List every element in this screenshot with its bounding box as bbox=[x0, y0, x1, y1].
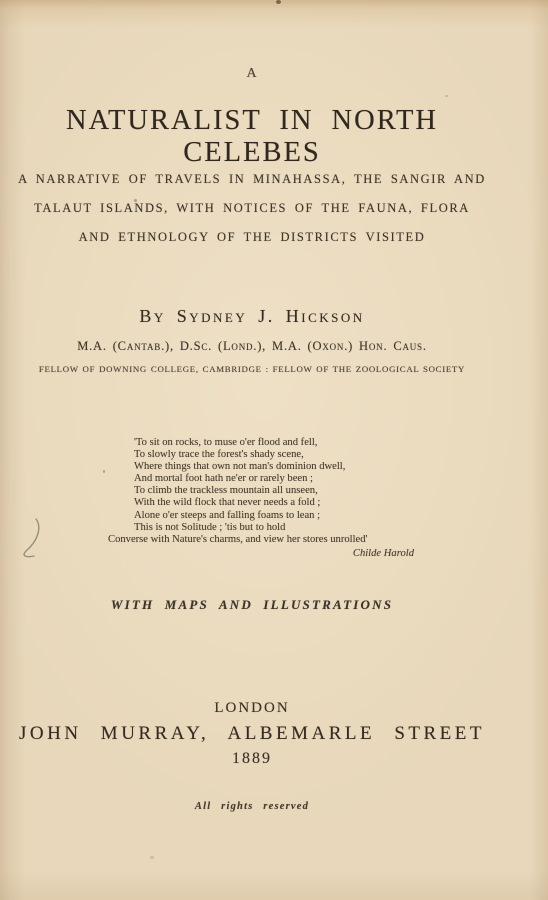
epigraph-line: Converse with Nature's charms, and view … bbox=[108, 534, 420, 546]
imprint-city: LONDON bbox=[0, 700, 504, 717]
author-byline: By Sydney J. Hickson bbox=[0, 306, 504, 327]
epigraph-quote: 'To sit on rocks, to muse o'er flood and… bbox=[108, 437, 420, 560]
imprint-year: 1889 bbox=[0, 750, 504, 768]
book-subtitle: A NARRATIVE OF TRAVELS IN MINAHASSA, THE… bbox=[0, 165, 504, 252]
author-credentials: M.A. (Cantab.), D.Sc. (Lond.), M.A. (Oxo… bbox=[0, 339, 504, 354]
rights-reserved-note: All rights reserved bbox=[0, 801, 504, 812]
subtitle-line: A NARRATIVE OF TRAVELS IN MINAHASSA, THE… bbox=[0, 165, 504, 194]
paper-speck bbox=[445, 95, 448, 97]
subtitle-line: TALAUT ISLANDS, WITH NOTICES OF THE FAUN… bbox=[0, 194, 504, 223]
illustrations-note: WITH MAPS AND ILLUSTRATIONS bbox=[0, 597, 504, 613]
epigraph-line: Alone o'er steeps and falling foams to l… bbox=[108, 510, 420, 522]
subtitle-line: AND ETHNOLOGY OF THE DISTRICTS VISITED bbox=[0, 223, 504, 252]
book-title-page-scan: A NATURALIST IN NORTH CELEBES A NARRATIV… bbox=[0, 0, 548, 900]
half-title-letter: A bbox=[0, 66, 504, 82]
paper-speck bbox=[150, 856, 154, 859]
book-title: NATURALIST IN NORTH CELEBES bbox=[0, 105, 504, 169]
epigraph-line: 'To sit on rocks, to muse o'er flood and… bbox=[108, 437, 420, 449]
pencil-mark bbox=[14, 515, 54, 565]
author-affiliations: FELLOW OF DOWNING COLLEGE, CAMBRIDGE : F… bbox=[0, 364, 504, 374]
epigraph-line: To climb the trackless mountain all unse… bbox=[108, 485, 420, 497]
epigraph-line: With the wild flock that never needs a f… bbox=[108, 497, 420, 509]
epigraph-line: Where things that own not man's dominion… bbox=[108, 461, 420, 473]
paper-speck bbox=[276, 0, 281, 4]
epigraph-line: To slowly trace the forest's shady scene… bbox=[108, 449, 420, 461]
epigraph-line: This is not Solitude ; 'tis but to hold bbox=[108, 522, 420, 534]
imprint-publisher: JOHN MURRAY, ALBEMARLE STREET bbox=[0, 723, 504, 745]
paper-speck bbox=[134, 199, 137, 202]
paper-speck bbox=[103, 470, 105, 473]
epigraph-line: And mortal foot hath ne'er or rarely bee… bbox=[108, 473, 420, 485]
epigraph-attribution: Childe Harold bbox=[108, 548, 420, 560]
